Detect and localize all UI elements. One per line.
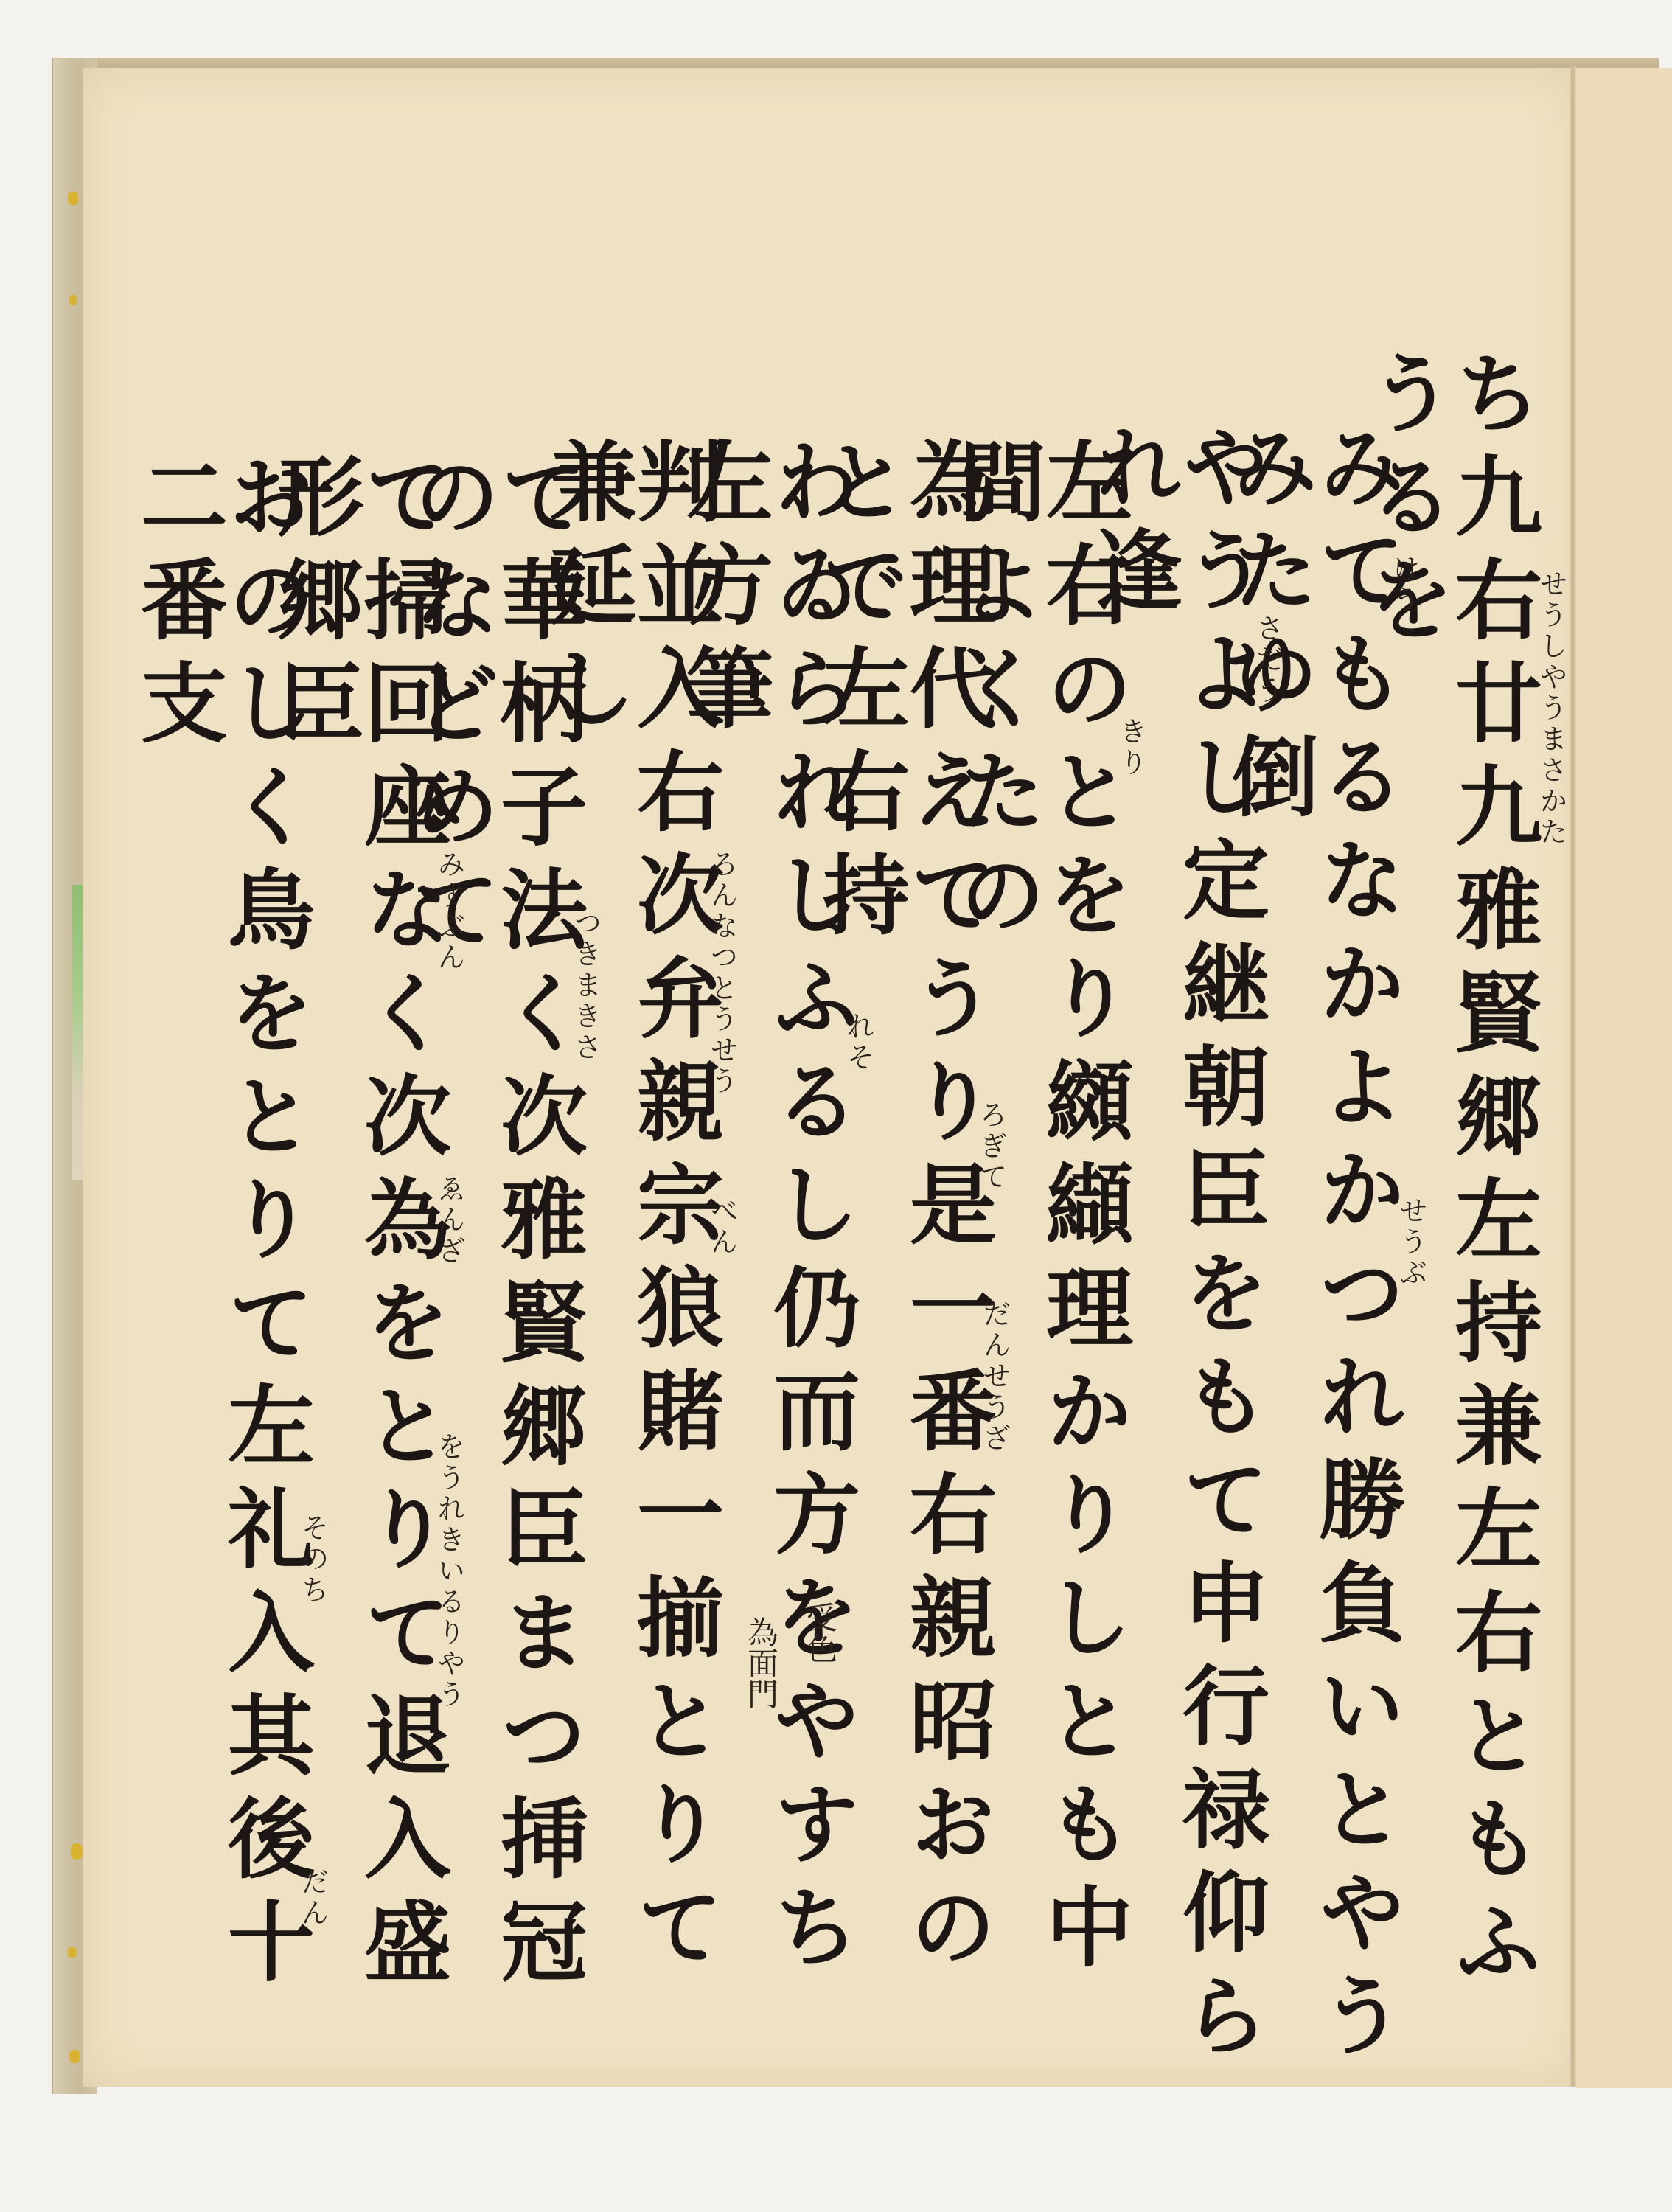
ruby-annotation: だん [293,1867,333,1929]
text-column-10: おのしく鳥をとりて左礼入其後十二番支 [133,451,307,2087]
ruby-annotation: せうぶ [1391,1196,1432,1289]
side-note: 受色 [798,1601,842,1663]
gold-fleck [68,192,78,205]
ruby-annotation: れそ [838,1012,879,1074]
gold-fleck [69,2050,80,2063]
ruby-annotation: だんせうざ [975,1299,1015,1454]
ruby-annotation: ろぎて [971,1100,1011,1193]
page-gutter [1570,66,1576,2087]
ruby-annotation: みすぶん [429,849,470,973]
ruby-annotation: さだう [1247,613,1288,706]
ruby-annotation: をうれきいるりやう [429,1432,470,1711]
facing-page-edge [1576,68,1672,2088]
ruby-annotation: つきまきさ [565,908,606,1063]
manuscript-page: ち九右廿九雅賢郷左持兼左右ともふうるを みてもるなかよかつれ勝負いとやうみたゆ倒… [83,68,1579,2087]
ruby-annotation: ゑんざ [429,1174,470,1267]
ruby-annotation: きり [1111,717,1152,779]
ruby-annotation: そのち [293,1513,333,1606]
ruby-annotation: せうしやうまさかた [1531,569,1572,848]
gold-fleck [71,1843,83,1860]
ruby-annotation: べん [702,1196,742,1258]
gold-fleck [68,1947,77,1958]
side-note: 為面門 [739,1616,783,1709]
gold-fleck [69,295,77,305]
ruby-annotation: けう [1384,554,1424,616]
ruby-annotation: ろんなつとうせう [702,849,742,1097]
